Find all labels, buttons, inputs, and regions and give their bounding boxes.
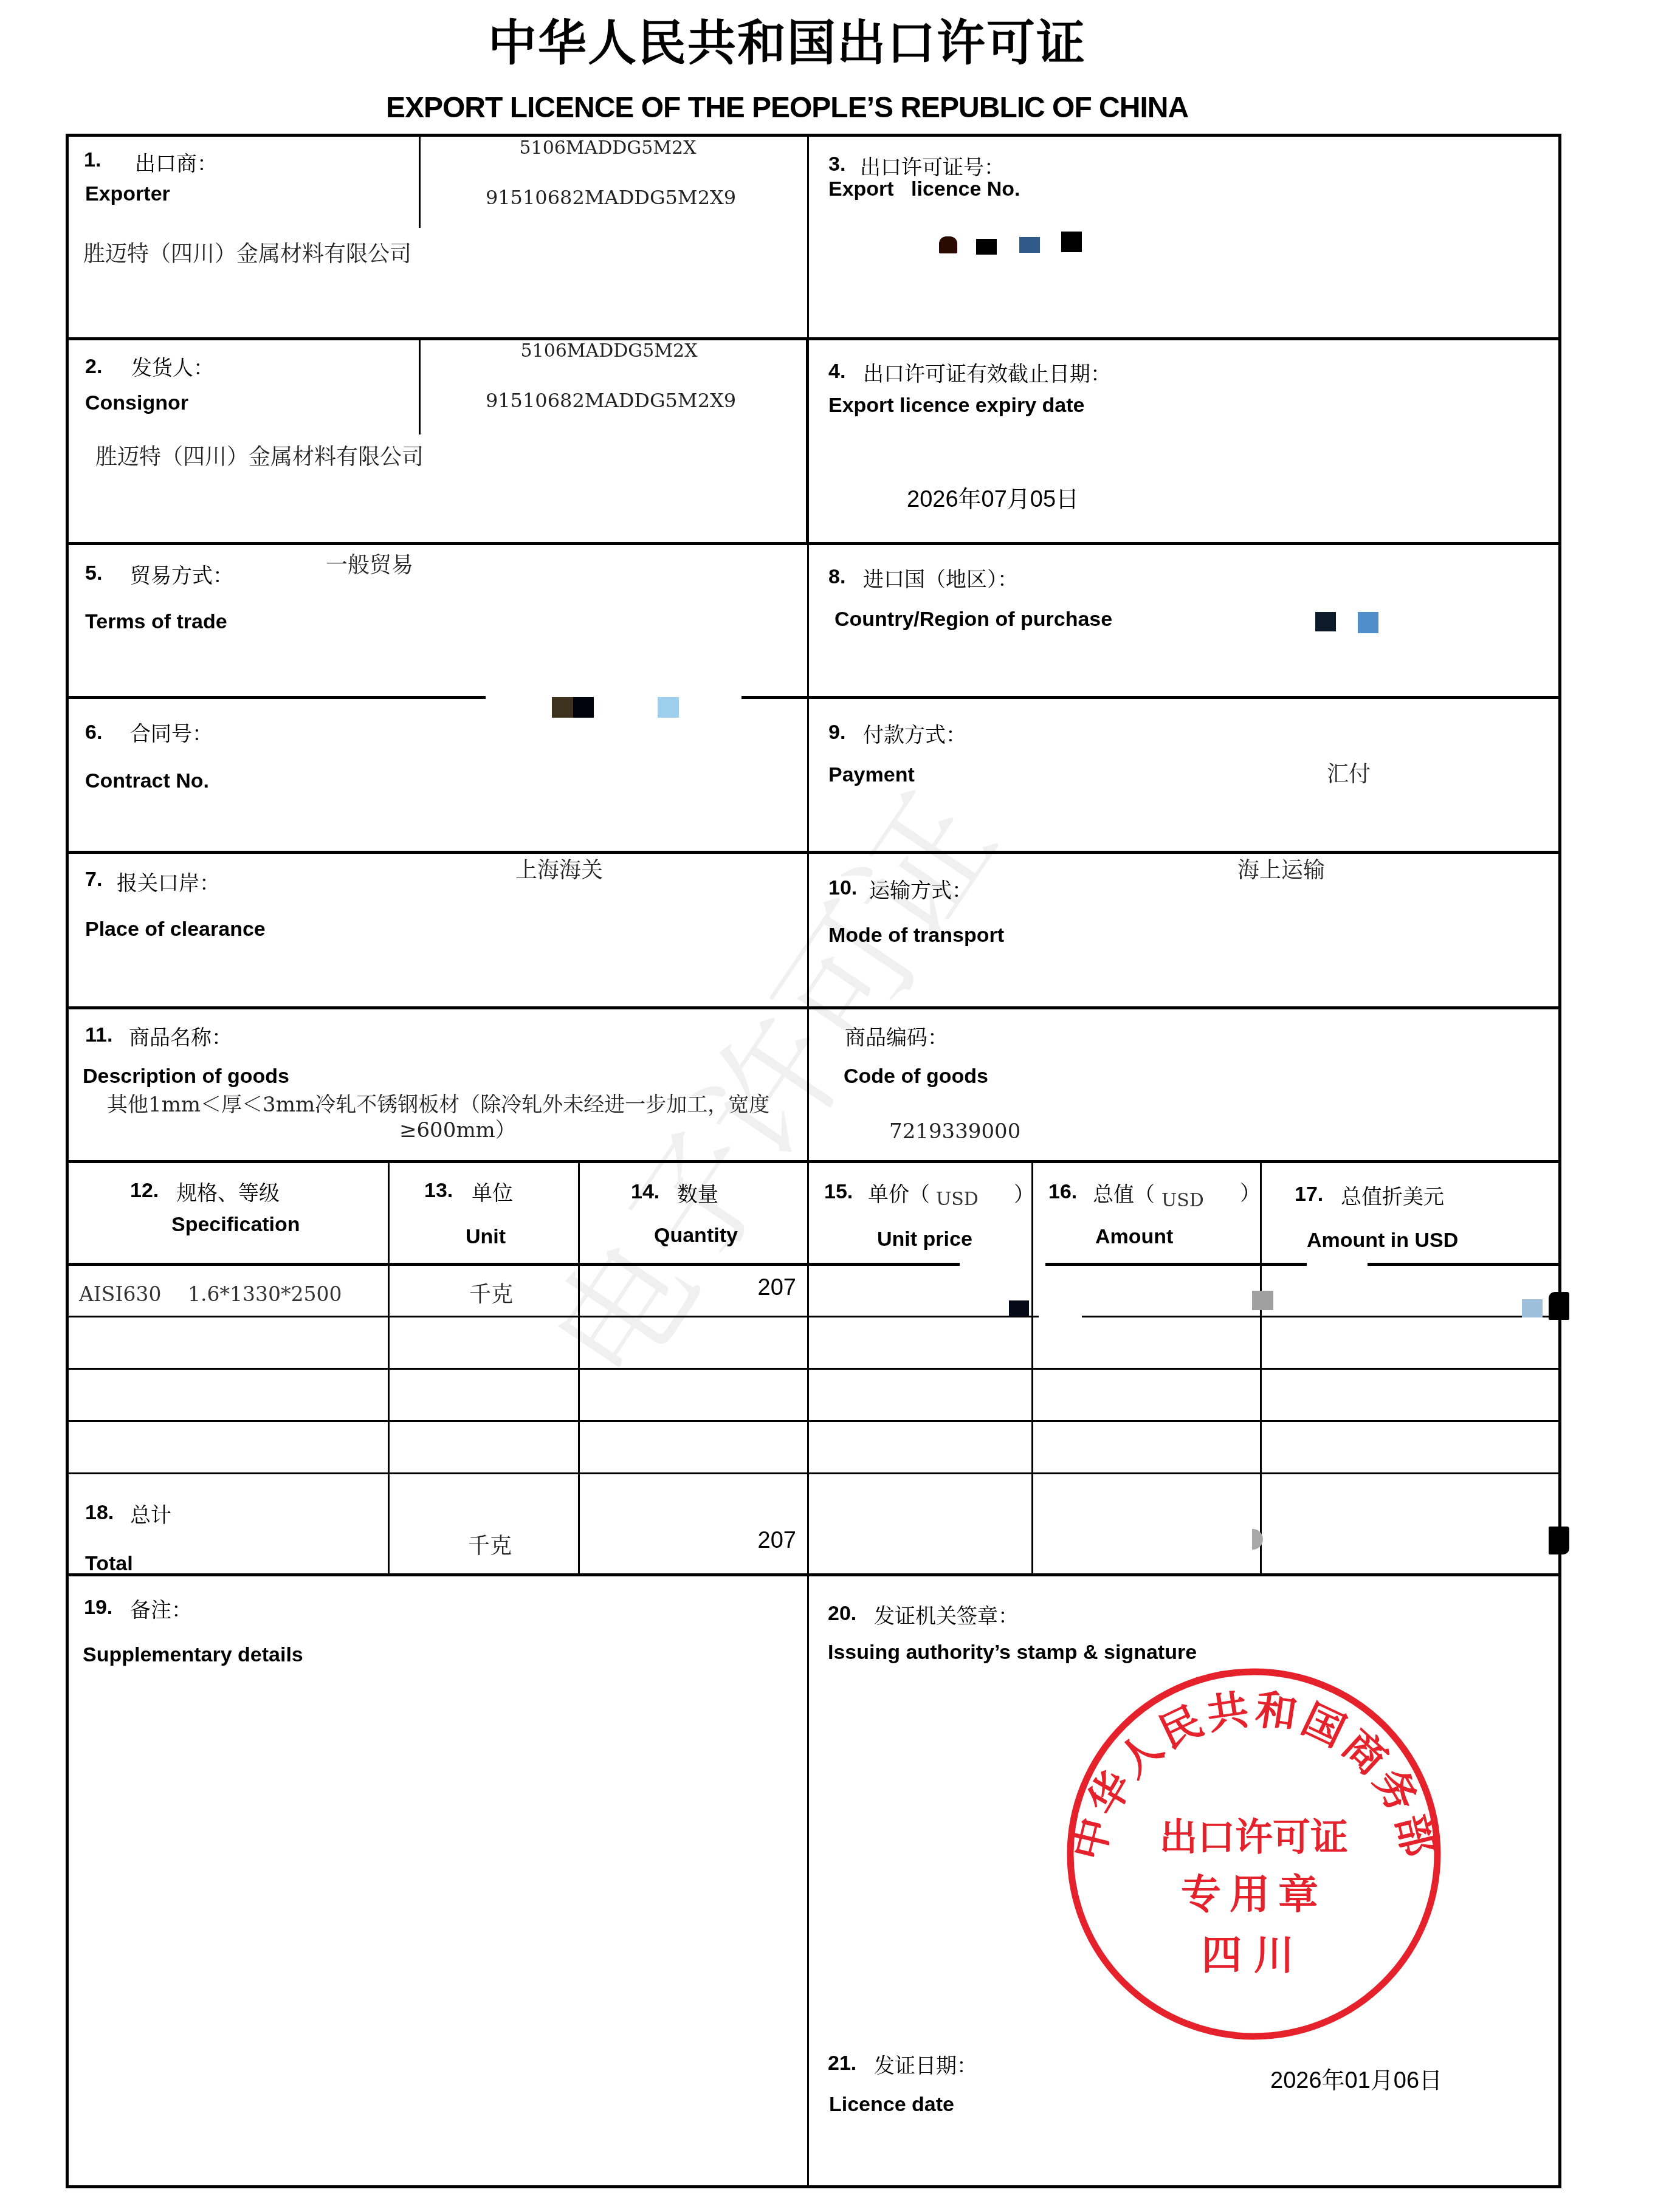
consignor-label-cn: 发货人： [131, 351, 214, 381]
licence-no-label-en: Export licence No. [828, 177, 1020, 201]
row-spec: AISI630 1.6*1330*2500 [79, 1279, 342, 1307]
spec-label-en: Specification [171, 1213, 300, 1237]
issuing-number: 20. [828, 1602, 856, 1626]
document-title-cn: 中华人民共和国出口许可证 [0, 4, 1574, 74]
stamp-sub-text: 专用章 [1181, 1871, 1327, 1918]
exporter-name: 胜迈特（四川）金属材料有限公司 [83, 237, 411, 268]
stamp-center-text: 出口许可证 [1160, 1815, 1348, 1860]
contract-label-cn: 合同号： [130, 717, 213, 747]
consignor-name: 胜迈特（四川）金属材料有限公司 [95, 440, 424, 471]
supplementary-number: 19. [84, 1596, 112, 1619]
country-label-en: Country/Region of purchase [834, 608, 1112, 631]
row-unit: 千克 [469, 1277, 513, 1308]
consignor-label-en: Consignor [85, 391, 188, 415]
exporter-code-short: 5106MADDG5M2X [519, 137, 696, 159]
contract-number: 6. [85, 721, 102, 744]
licence-date-label-en: Licence date [829, 2093, 954, 2117]
goods-code-label-cn: 商品编码： [845, 1021, 948, 1051]
terms-number: 5. [85, 562, 102, 585]
licence-date-number: 21. [828, 2052, 856, 2075]
goods-code-value: 7219339000 [889, 1119, 1020, 1144]
goods-label-cn: 商品名称： [129, 1021, 232, 1051]
document-title-en: EXPORT LICENCE OF THE PEOPLE’S REPUBLIC … [0, 91, 1574, 125]
amount-usd-label-cn: 总值折美元 [1341, 1180, 1444, 1210]
spec-label-cn: 规格、等级 [176, 1176, 280, 1206]
unit-price-label-en: Unit price [877, 1228, 972, 1251]
unit-price-label-cn: 单价（ [868, 1178, 930, 1207]
quantity-num: 14. [631, 1180, 659, 1204]
expiry-number: 4. [828, 360, 845, 383]
exporter-label-en: Exporter [85, 182, 170, 206]
consignor-code-full: 91510682MADDG5M2X9 [486, 389, 736, 412]
payment-label-cn: 付款方式： [863, 718, 966, 748]
transport-value: 海上运输 [1237, 853, 1325, 884]
clearance-label-en: Place of clearance [85, 918, 266, 941]
total-label-en: Total [85, 1552, 133, 1576]
quantity-label-en: Quantity [654, 1224, 738, 1248]
terms-label-cn: 贸易方式： [130, 559, 233, 589]
expiry-value: 2026年07月05日 [907, 480, 1079, 513]
licence-date-label-cn: 发证日期： [874, 2049, 977, 2079]
exporter-label-cn: 出口商： [135, 147, 218, 177]
unit-label-cn: 单位 [472, 1176, 513, 1206]
amount-label-cn: 总值（ [1093, 1178, 1155, 1207]
expiry-label-cn: 出口许可证有效截止日期： [863, 357, 1111, 387]
country-number: 8. [828, 565, 845, 589]
total-unit: 千克 [468, 1529, 512, 1560]
terms-value: 一般贸易 [326, 548, 413, 579]
licence-no-label-cn: 出口许可证号： [860, 151, 1005, 180]
unit-label-en: Unit [466, 1225, 506, 1249]
consignor-code-short: 5106MADDG5M2X [520, 340, 697, 362]
stamp-region-text: 四川 [1202, 1932, 1306, 1979]
total-label-cn: 总计 [130, 1499, 171, 1528]
spec-num: 12. [130, 1179, 159, 1203]
amount-num: 16. [1048, 1180, 1077, 1204]
amount-currency: USD [1161, 1190, 1204, 1211]
issuing-label-cn: 发证机关签章： [874, 1599, 1019, 1629]
goods-label-en: Description of goods [83, 1065, 289, 1088]
quantity-label-cn: 数量 [677, 1178, 718, 1207]
amount-usd-label-en: Amount in USD [1307, 1229, 1458, 1252]
transport-label-en: Mode of transport [828, 924, 1004, 947]
supplementary-label-en: Supplementary details [83, 1643, 303, 1667]
row-quantity: 207 [748, 1275, 796, 1301]
exporter-code-full: 91510682MADDG5M2X9 [486, 186, 736, 209]
payment-label-en: Payment [828, 763, 915, 787]
terms-label-en: Terms of trade [85, 610, 227, 634]
total-num: 18. [85, 1501, 114, 1525]
clearance-number: 7. [85, 868, 102, 891]
country-label-cn: 进口国（地区）： [863, 563, 1018, 592]
goods-number: 11. [85, 1023, 112, 1047]
expiry-label-en: Export licence expiry date [828, 394, 1084, 417]
supplementary-label-cn: 备注： [130, 1593, 192, 1623]
goods-code-label-en: Code of goods [844, 1065, 988, 1088]
official-stamp: 中华人民共和国商务部 出口许可证 专用章 四川 [1064, 1665, 1444, 2043]
goods-description-line2: ≥600mm） [399, 1113, 516, 1143]
total-quantity: 207 [748, 1528, 796, 1554]
licence-no-number: 3. [828, 153, 845, 176]
unit-num: 13. [424, 1179, 453, 1203]
issuing-label-en: Issuing authority’s stamp & signature [828, 1641, 1197, 1664]
transport-label-cn: 运输方式： [869, 874, 972, 904]
licence-date-value: 2026年01月06日 [1270, 2061, 1442, 2095]
clearance-value: 上海海关 [515, 853, 603, 884]
unit-price-num: 15. [824, 1180, 853, 1204]
consignor-number: 2. [85, 355, 102, 379]
unit-price-currency: USD [936, 1189, 979, 1210]
clearance-label-cn: 报关口岸： [117, 867, 220, 896]
amount-usd-num: 17. [1295, 1183, 1323, 1206]
amount-close: ） [1240, 1176, 1261, 1206]
payment-number: 9. [828, 721, 845, 744]
exporter-number: 1. [84, 148, 101, 172]
contract-label-en: Contract No. [85, 769, 209, 793]
payment-value: 汇付 [1327, 757, 1371, 788]
unit-price-close: ） [1014, 1178, 1034, 1207]
transport-number: 10. [828, 876, 857, 900]
amount-label-en: Amount [1095, 1225, 1173, 1249]
